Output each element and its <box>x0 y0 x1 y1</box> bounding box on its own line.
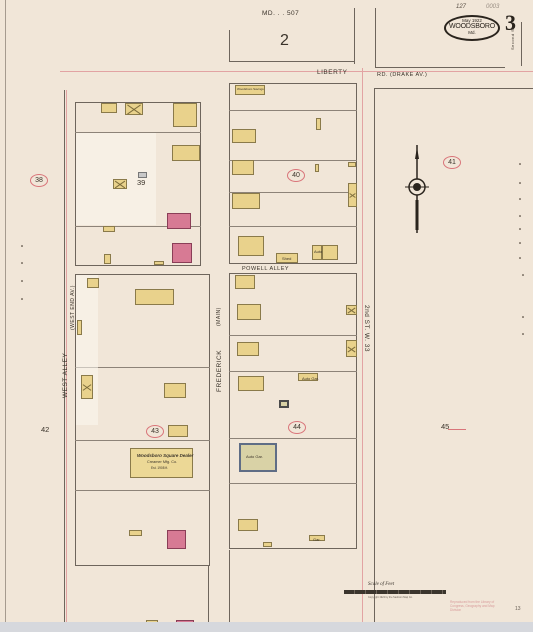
marker <box>21 298 23 300</box>
building-label: Woodsboro Square Dealer <box>137 453 193 458</box>
lot-line <box>75 440 210 441</box>
street-line <box>229 550 230 622</box>
street-line <box>374 88 375 622</box>
border-line <box>354 8 355 64</box>
dwelling <box>164 383 186 398</box>
building-label: Est. 1908 ft. <box>151 466 168 470</box>
stable <box>81 375 93 399</box>
shed: Shed <box>276 253 298 263</box>
lot-line <box>75 490 210 491</box>
street-label-frederick: FREDERICK <box>216 350 223 392</box>
scan-border <box>0 622 533 632</box>
dwelling <box>237 342 259 356</box>
lot-line <box>229 226 357 227</box>
shed <box>77 320 82 335</box>
building-label: Auto Gar. <box>246 454 263 459</box>
outbuilding <box>113 179 127 189</box>
marker <box>519 198 521 200</box>
block-number-39: 39 <box>137 178 145 187</box>
dwelling <box>232 160 254 175</box>
paste-over-patch <box>76 275 98 425</box>
shed <box>263 542 272 547</box>
sanborn-map-sheet: 127 0003 May 1922 WOODSBORO Md. 3 Second… <box>0 0 533 622</box>
garage <box>322 245 338 260</box>
stable <box>125 103 143 115</box>
stable <box>348 183 357 207</box>
building-label: Auto Gar. <box>302 376 319 381</box>
block-number-38: 38 <box>30 174 48 187</box>
marker <box>522 274 524 276</box>
dwelling <box>172 145 200 161</box>
library-stamp: Reproduced from the Library of Congress,… <box>450 600 502 612</box>
block-number-43: 43 <box>146 425 164 438</box>
copyright-text: Copyright 1922 by the Sanborn Map Co. <box>368 596 413 599</box>
dwelling <box>238 236 264 256</box>
lot-line <box>229 438 357 439</box>
border-line <box>521 22 522 66</box>
marker <box>519 242 521 244</box>
dwelling <box>238 519 258 531</box>
street-label-west-end-av: (WEST END AV.) <box>70 285 76 330</box>
street-label-drake: RD. (DRAKE AV.) <box>377 72 427 78</box>
block-number-44: 44 <box>288 421 306 434</box>
dwelling <box>235 275 255 289</box>
street-line <box>374 88 533 89</box>
street-line <box>60 71 533 72</box>
border-line <box>229 61 355 62</box>
dwelling <box>135 289 174 305</box>
street-label-liberty: LIBERTY <box>317 69 347 76</box>
strike-line <box>448 429 466 430</box>
auto-garage-building: Auto Gar. <box>239 443 277 472</box>
lot-line <box>229 335 357 336</box>
shed <box>154 261 164 265</box>
marker <box>21 280 23 282</box>
shed <box>103 226 115 232</box>
title-cartouche: May 1922 WOODSBORO Md. <box>444 15 500 41</box>
dwelling <box>173 103 197 127</box>
marker <box>522 316 524 318</box>
marker <box>522 333 524 335</box>
marker <box>519 228 521 230</box>
street-label-west-alley: WEST ALLEY <box>62 353 69 398</box>
dwelling <box>232 129 256 143</box>
handwritten-faint-number: 0003 <box>486 4 499 10</box>
handwritten-page-number: 127 <box>456 4 466 10</box>
border-line <box>229 30 230 62</box>
shed <box>129 530 142 536</box>
building-label: Woodsboro Savings <box>237 87 264 91</box>
building-label: Auto <box>314 249 322 254</box>
building-label: Gar. <box>313 537 321 542</box>
adjoining-reference: MD. . . 507 <box>262 10 299 17</box>
building-label: Creamer Mfg. Co. <box>147 460 177 464</box>
scale-label: Scale of Feet <box>368 582 394 587</box>
title-town: WOODSBORO <box>446 23 498 30</box>
stable <box>346 340 357 357</box>
marker <box>519 163 521 165</box>
garage: Gar. <box>309 535 325 541</box>
marker <box>21 245 23 247</box>
lot-line <box>229 371 357 372</box>
street-label-main: (MAIN) <box>216 307 222 326</box>
street-label-second-st: 2nd ST. W. 33 <box>363 305 370 352</box>
auto-garage: Auto Gar. <box>298 373 318 381</box>
brick-dwelling <box>167 213 191 229</box>
border-line <box>375 67 505 68</box>
north-arrow-compass-icon <box>402 145 432 245</box>
dwelling <box>238 376 264 391</box>
street-label-powell-alley: POWELL ALLEY <box>242 266 289 272</box>
auto-garage: Auto <box>312 245 322 260</box>
auto-garage <box>168 425 188 437</box>
dwelling <box>237 304 261 320</box>
shed <box>348 162 356 167</box>
street-label-second-top: Second St. <box>510 25 515 50</box>
dwelling <box>232 193 260 209</box>
corner-number: 13 <box>515 606 521 612</box>
sheet-edge <box>5 0 6 622</box>
garage <box>279 400 289 408</box>
scale-bar <box>344 590 446 594</box>
stable <box>346 305 357 315</box>
shed <box>316 118 321 130</box>
marker <box>519 182 521 184</box>
shed <box>104 254 111 264</box>
block-number-42: 42 <box>41 425 49 434</box>
marker <box>519 215 521 217</box>
building-label: Shed <box>282 256 291 261</box>
title-state: Md. <box>446 30 498 35</box>
border-line <box>375 8 376 68</box>
street-line <box>208 566 209 622</box>
shed <box>315 164 319 172</box>
woodsboro-square-dealer-building: Woodsboro Square Dealer Creamer Mfg. Co.… <box>130 448 193 478</box>
dwelling <box>87 278 99 288</box>
woodsboro-savings-building: Woodsboro Savings <box>235 85 265 95</box>
block-number-40: 40 <box>287 169 305 182</box>
marker <box>519 257 521 259</box>
marker <box>21 262 23 264</box>
brick-dwelling <box>167 530 186 549</box>
lot-line <box>229 483 357 484</box>
dwelling <box>101 103 117 113</box>
adjoining-sheet-number: 2 <box>280 32 289 50</box>
block-number-41: 41 <box>443 156 461 169</box>
lot-line <box>229 110 357 111</box>
brick-dwelling <box>172 243 192 263</box>
